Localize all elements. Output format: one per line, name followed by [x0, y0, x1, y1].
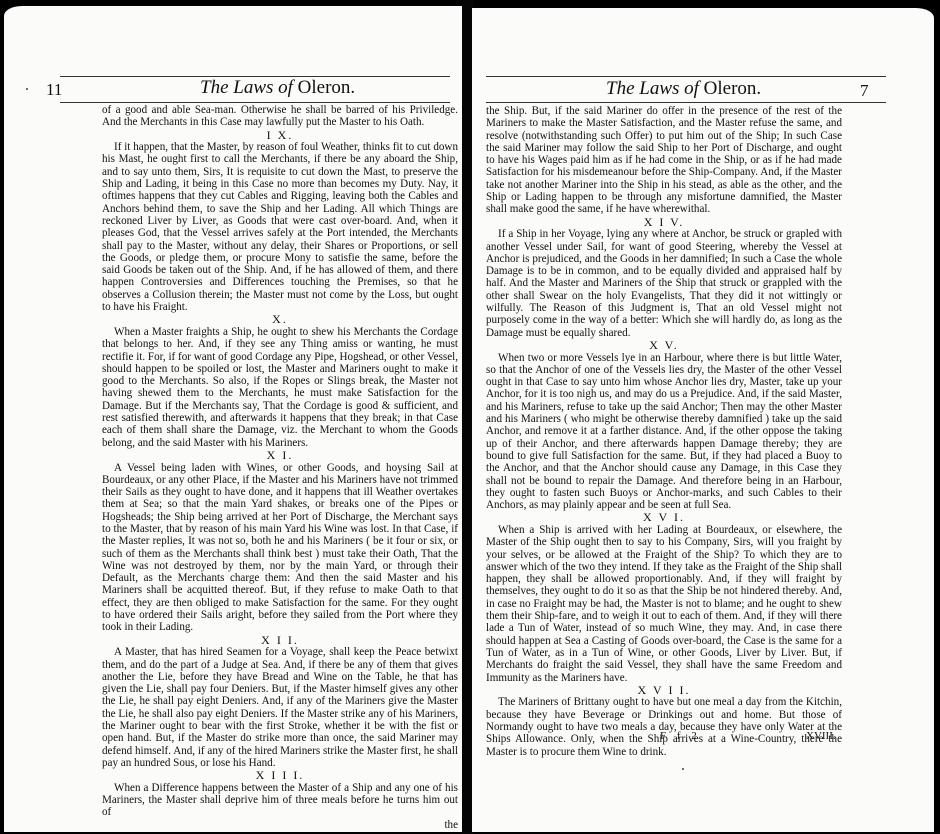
running-head-roman: Oleron.: [298, 77, 356, 98]
right-page: The Laws of Oleron. 7 the Ship. But, if …: [472, 8, 934, 832]
article-heading: X I I I.: [102, 769, 458, 782]
catchword: XVIII.: [806, 730, 836, 742]
running-head: The Laws of Oleron.: [200, 77, 355, 99]
dot: [26, 88, 28, 90]
left-page: 11 The Laws of Oleron. of a good and abl…: [4, 6, 464, 832]
running-head-italic: The Laws of: [606, 78, 699, 99]
paragraph: of a good and able Sea-man. Otherwise he…: [102, 104, 458, 129]
article-heading: X I I.: [102, 634, 458, 647]
paragraph: When two or more Vessels lye in an Harbo…: [486, 352, 842, 512]
paragraph: A Vessel being laden with Wines, or othe…: [102, 462, 458, 634]
paragraph: A Master, that has hired Seamen for a Vo…: [102, 646, 458, 769]
article-heading: X V I I.: [486, 684, 842, 697]
paragraph: When a Master fraights a Ship, he ought …: [102, 326, 458, 449]
paragraph: If it happen, that the Master, by reason…: [102, 141, 458, 313]
paragraph: If a Ship in her Voyage, lying any where…: [486, 228, 842, 339]
running-head: The Laws of Oleron.: [606, 78, 761, 100]
page-number: 11: [46, 80, 62, 100]
head-rule-bottom: [60, 102, 450, 103]
page-number: 7: [860, 81, 869, 101]
right-body-text: the Ship. But, if the said Mariner do of…: [486, 105, 842, 758]
signature-mark: F f 2: [660, 730, 701, 742]
article-heading: X I.: [102, 449, 458, 462]
catchword: the: [102, 819, 458, 831]
paragraph: The Mariners of Brittany ought to have b…: [486, 696, 842, 757]
article-heading: X V.: [486, 339, 842, 352]
paragraph: When a Ship is arrived with her Lading a…: [486, 524, 842, 684]
head-rule-bottom: [486, 102, 886, 103]
head-rule-top: [486, 76, 886, 77]
running-head-roman: Oleron.: [704, 78, 762, 99]
article-heading: X.: [102, 313, 458, 326]
article-heading: X I V.: [486, 216, 842, 229]
paragraph: the Ship. But, if the said Mariner do of…: [486, 105, 842, 216]
left-body-text: of a good and able Sea-man. Otherwise he…: [102, 104, 458, 831]
article-heading: X V I.: [486, 511, 842, 524]
article-heading: I X.: [102, 129, 458, 142]
running-head-italic: The Laws of: [200, 77, 293, 98]
paragraph: When a Difference happens between the Ma…: [102, 782, 458, 819]
dot: [682, 768, 684, 770]
